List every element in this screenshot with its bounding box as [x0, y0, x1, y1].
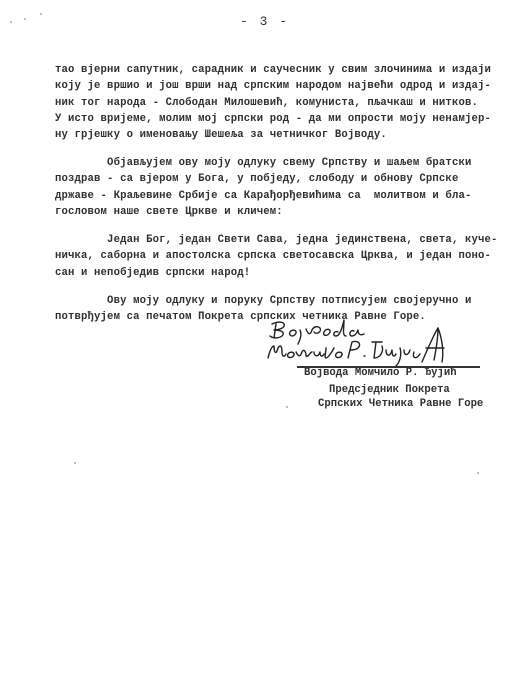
signatory-title-line1: Предсједник Покрета: [329, 384, 450, 396]
text-line: поздрав - са вјером у Бога, у побједу, с…: [55, 171, 491, 187]
text-line: У исто вријеме, молим мој српски род - д…: [55, 111, 491, 127]
scan-speck: [40, 13, 42, 15]
page-number: - 3 -: [0, 14, 529, 29]
text-line: Објављујем ову моју одлуку свему Српству…: [55, 155, 491, 171]
text-line: сан и непобједив српски народ!: [55, 265, 491, 281]
scan-speck: [286, 406, 288, 408]
scan-speck: [24, 18, 26, 20]
signatory-title-line2: Српских Четника Равне Горе: [318, 398, 483, 410]
paragraph-gap: [55, 281, 491, 293]
scan-speck: [477, 472, 479, 474]
handwritten-signature: [262, 318, 492, 368]
paragraph-gap: [55, 220, 491, 232]
text-line: Један Бог, један Свети Сава, једна једин…: [55, 232, 491, 248]
text-line: Ову моју одлуку и поруку Српству потпису…: [55, 293, 491, 309]
text-line: тао вјерни сапутник, сарадник и саучесни…: [55, 62, 491, 78]
text-line: државе - Краљевине Србије са Карађорђеви…: [55, 188, 491, 204]
text-line: ничка, саборна и апостолска српска свето…: [55, 248, 491, 264]
letter-body: тао вјерни сапутник, сарадник и саучесни…: [55, 62, 491, 325]
signature-scribble-icon: [262, 318, 492, 370]
text-line: гословом наше свете Цркве и кличем:: [55, 204, 491, 220]
text-line: коју је вршио и још врши над српским нар…: [55, 78, 491, 94]
paragraph-2: Објављујем ову моју одлуку свему Српству…: [55, 155, 491, 220]
paragraph-3: Један Бог, један Свети Сава, једна једин…: [55, 232, 491, 281]
paragraph-gap: [55, 143, 491, 155]
text-line: ну грјешку о именовању Шешеља за четничк…: [55, 127, 491, 143]
paragraph-1: тао вјерни сапутник, сарадник и саучесни…: [55, 62, 491, 143]
scan-speck: [10, 21, 12, 23]
text-line: ник тог народа - Слободан Милошевић, ком…: [55, 95, 491, 111]
signatory-name: Војвода Момчило Р. Ђујић: [304, 367, 457, 379]
scan-speck: [74, 462, 76, 464]
